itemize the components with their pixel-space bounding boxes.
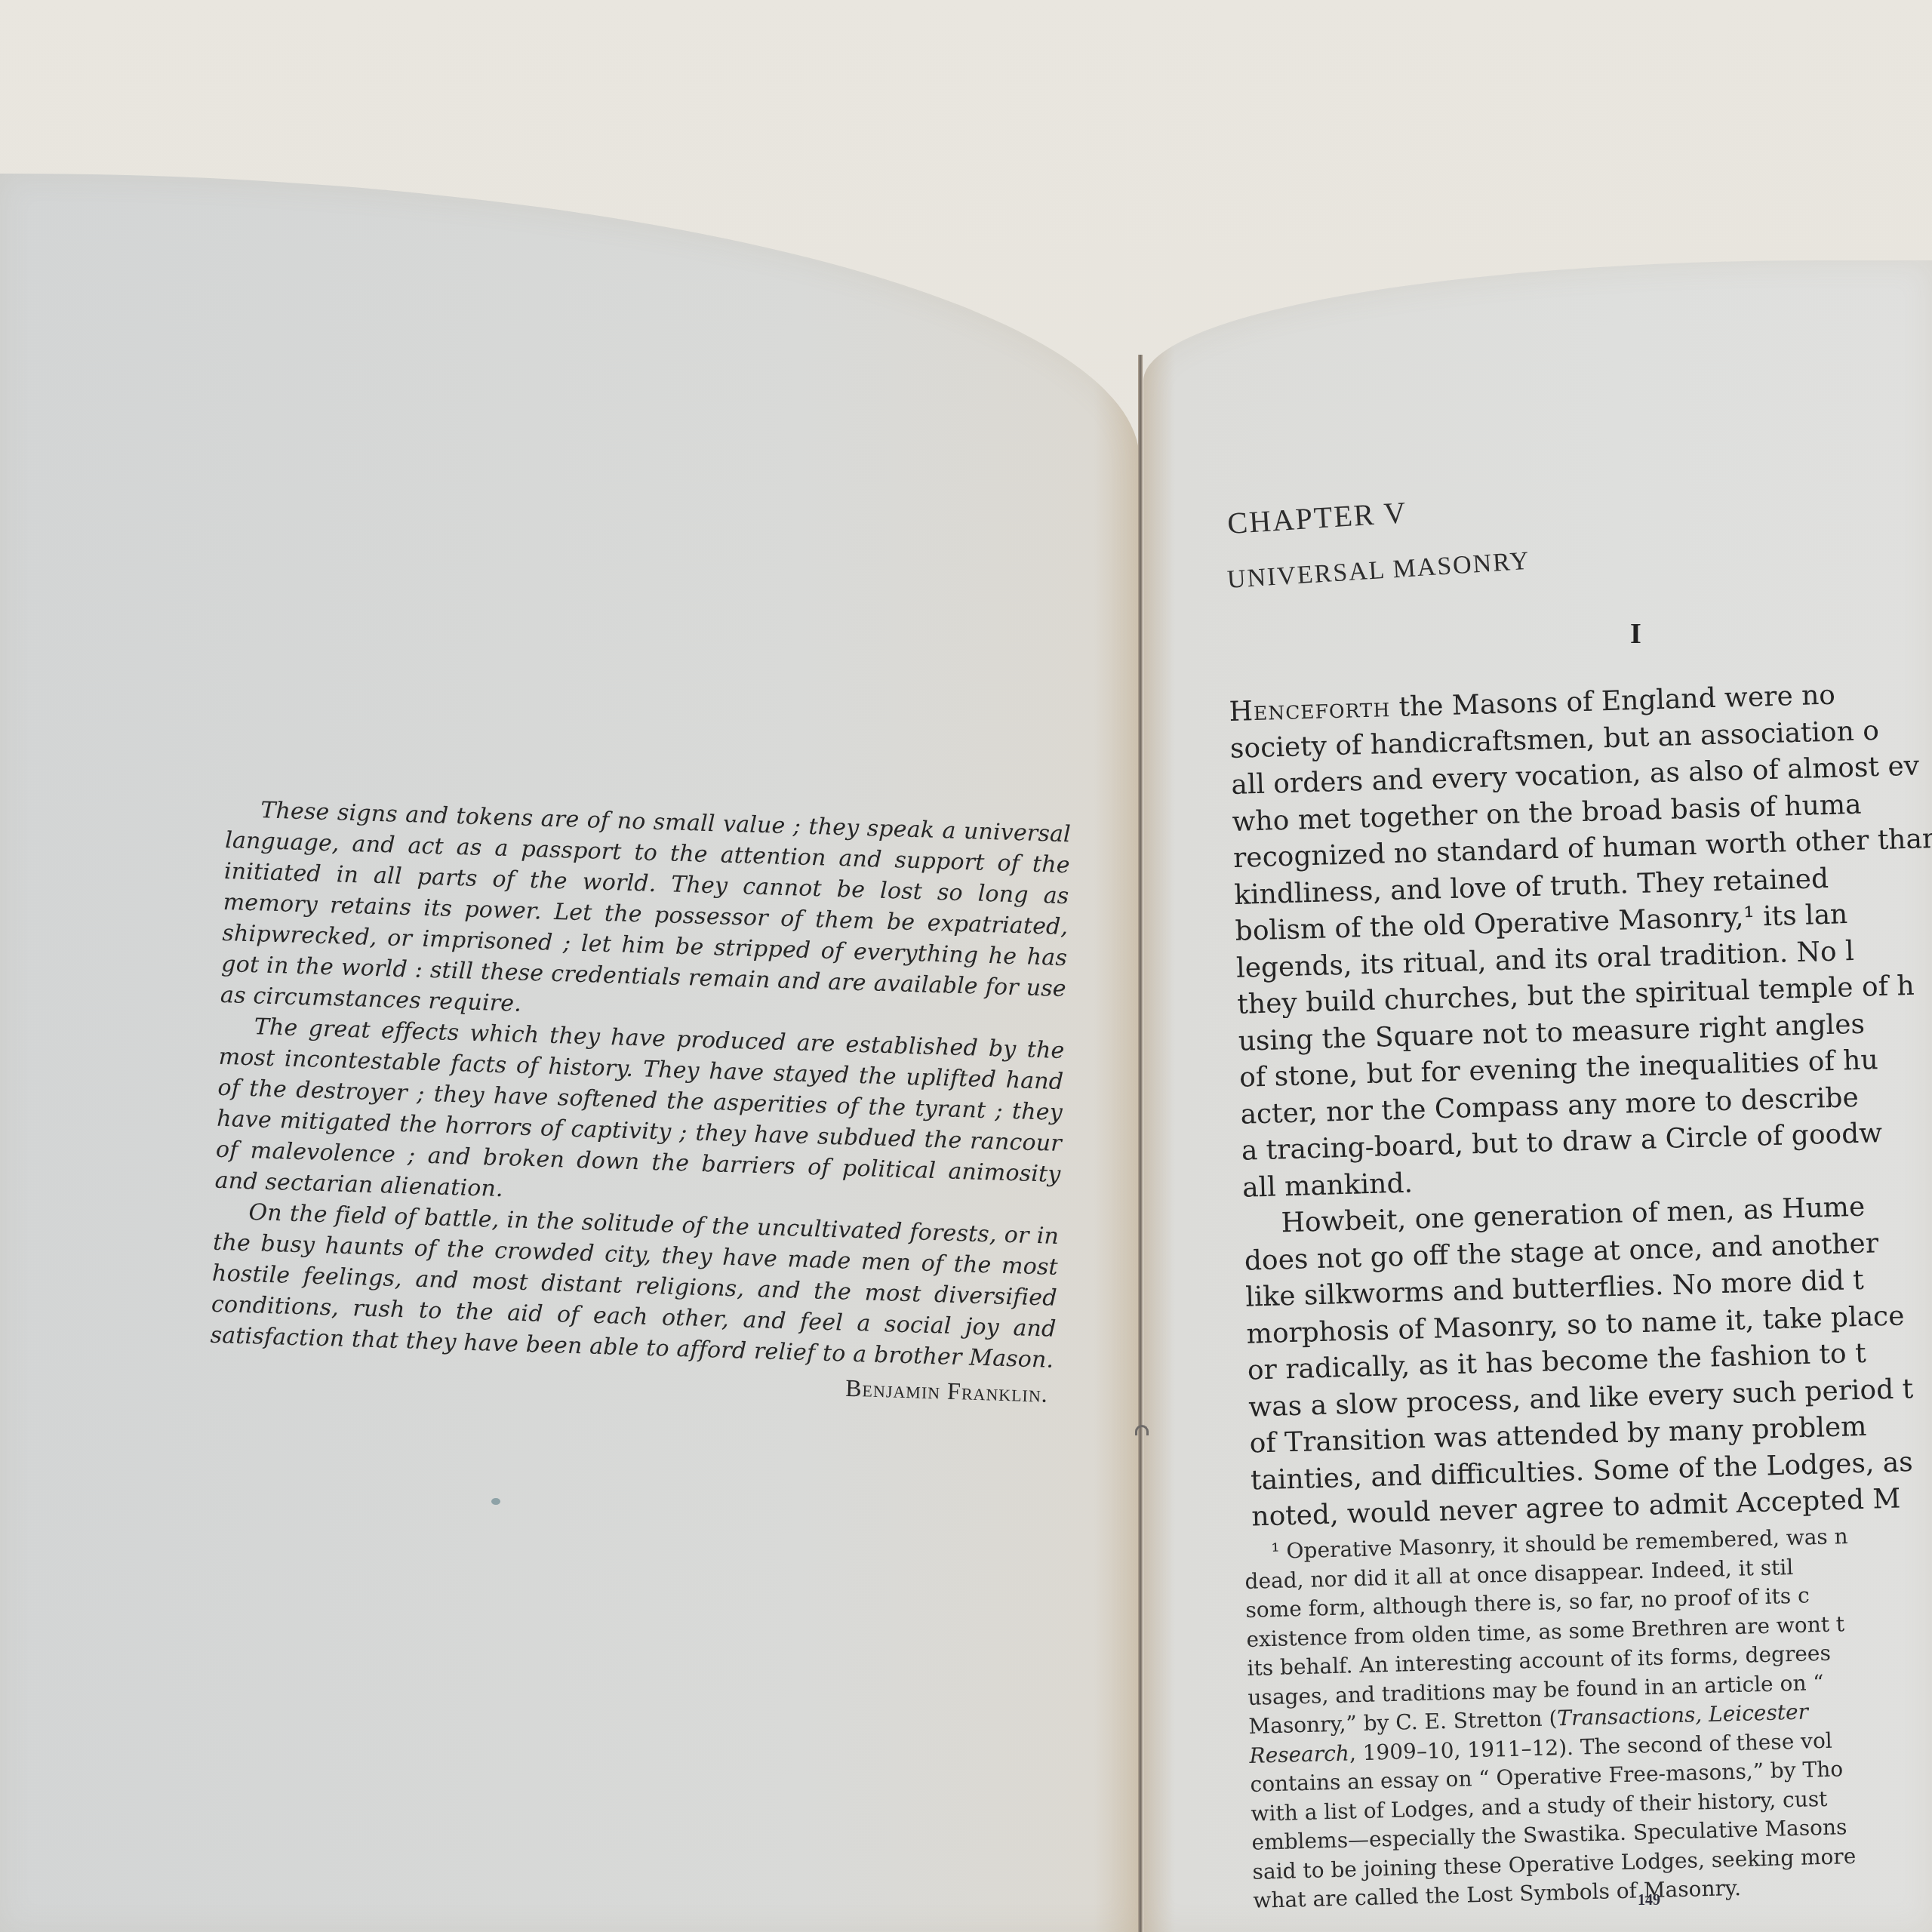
footnote: ¹ Operative Masonry, it should be rememb… [1244, 1518, 1932, 1916]
quote-paragraph-1: These signs and tokens are of no small v… [220, 794, 1071, 1035]
ink-spot [491, 1498, 500, 1505]
binding-thread-icon [1135, 1425, 1149, 1435]
section-number: I [1630, 617, 1641, 651]
lead-word: Henceforth [1229, 692, 1391, 728]
footnote-marker: ¹ [1271, 1539, 1280, 1564]
quote-paragraph-3: On the field of battle, in the solitude … [210, 1196, 1060, 1376]
book-gutter [1138, 355, 1143, 1932]
chapter-body: Henceforth the Masons of England were no… [1229, 671, 1932, 1536]
quote-paragraph-2: The great effects which they have produc… [214, 1011, 1065, 1221]
epigraph-quote: These signs and tokens are of no small v… [209, 794, 1072, 1410]
page-number: 149 [1638, 1892, 1660, 1909]
